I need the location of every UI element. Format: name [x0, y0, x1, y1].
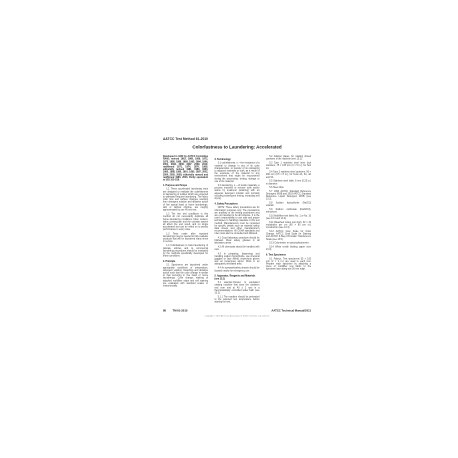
- text-block: 5.1.1 The machine should be preheated to…: [215, 295, 260, 303]
- section-heading: 4. Safety Precautions: [215, 202, 260, 205]
- method-id: TM 61-2010: [173, 309, 188, 312]
- text-block: 4.2 All chemicals should be handled with…: [215, 245, 260, 250]
- text-block: 2.1 Specimens are laundered under approp…: [163, 264, 208, 287]
- text-block: 4.3 In preparing, dispensing and handlin…: [215, 252, 260, 265]
- section-heading: 2. Principle: [163, 260, 208, 263]
- text-block: 5.9 Sodium carbonate (Na2CO3), anhydrous…: [266, 208, 311, 213]
- text-block: 5.3 Type 1 stainless steel lever lock ca…: [266, 161, 311, 169]
- text-block: Developed in 1950 by AATCC Committee RA6…: [163, 155, 208, 181]
- text-block: 1.3 Tests made after repeated laundering…: [163, 232, 208, 242]
- text-block: 5.6 Steel clips.: [266, 186, 311, 189]
- page-number: 86: [163, 309, 166, 312]
- section-heading: 3. Terminology: [215, 158, 260, 161]
- text-block: 5.12 AATCC Gray Scale for Color Change, …: [266, 230, 311, 240]
- text-block: 4.4 An eyewash/safety shower should be l…: [215, 267, 260, 272]
- section-heading: 6. Test Specimens: [266, 253, 311, 256]
- text-block: 5.13 Colorimeter or spectrophotometer.: [266, 241, 311, 244]
- text-block: 3.2 laundering, n.—of textile materials,…: [215, 184, 260, 200]
- method-header: AATCC Test Method 61-2010: [163, 137, 311, 141]
- text-block: 5.2 Adapter plates, for rotating closed …: [266, 155, 311, 160]
- copyright-line: Copyright © 2010 American Association of…: [163, 315, 311, 317]
- section-heading: 1. Purpose and Scope: [163, 184, 208, 187]
- text-block: 1.4 Colorfastness to hand laundering of …: [163, 244, 208, 257]
- text-block: NOTE: These safety precautions are for i…: [215, 206, 260, 235]
- text-block: 5.14 White textile blotting paper (see 1…: [266, 245, 311, 250]
- text-block: 5.7 1993 AATCC Standard Reference Deterg…: [266, 190, 311, 200]
- text-block: 1.2 The five test conditions in this met…: [163, 212, 208, 230]
- column-middle: 3. Terminology3.1 colorfastness, n.—the …: [215, 155, 260, 308]
- footer-row: 86 TM 61-2010 AATCC Technical Manual/201…: [163, 309, 311, 312]
- page-content: AATCC Test Method 61-2010 Colorfastness …: [163, 137, 311, 308]
- column-right: 5.2 Adapter plates, for rotating closed …: [266, 155, 311, 308]
- column-left: Developed in 1950 by AATCC Committee RA6…: [163, 155, 208, 308]
- page-title: Colorfastness to Laundering: Accelerated: [163, 144, 311, 149]
- text-block: 5.5 Stainless steel balls, 6 mm (0.25 in…: [266, 180, 311, 185]
- text-block: 5.8 Sodium hypochlorite (NaOCl) solution…: [266, 201, 311, 206]
- text-columns: Developed in 1950 by AATCC Committee RA6…: [163, 155, 311, 308]
- text-block: 1.1 These accelerated laundering tests a…: [163, 188, 208, 211]
- text-block: 5.1 Launder-Ometer, or equivalent rotati…: [215, 281, 260, 294]
- text-block: 5.11 Bleached cotton test cloth, 32 × 32…: [266, 221, 311, 229]
- document-page: AATCC Test Method 61-2010 Colorfastness …: [0, 0, 458, 458]
- page-footer: 86 TM 61-2010 AATCC Technical Manual/201…: [163, 309, 311, 317]
- text-block: 5.10 Multifiber test fabric No. 1 or No.…: [266, 214, 311, 219]
- text-block: 4.1 Good laboratory practices should be …: [215, 236, 260, 244]
- section-heading: 5. Apparatus, Reagents and Materials (se…: [215, 275, 260, 280]
- text-block: 5.4 Type 2 stainless steel canisters, 90…: [266, 170, 311, 178]
- text-block: 3.1 colorfastness, n.—the resistance of …: [215, 162, 260, 183]
- manual-name: AATCC Technical Manual/2011: [271, 309, 311, 312]
- text-block: 6.1 Fabrics. Test specimens 50 × 100 mm …: [266, 257, 311, 270]
